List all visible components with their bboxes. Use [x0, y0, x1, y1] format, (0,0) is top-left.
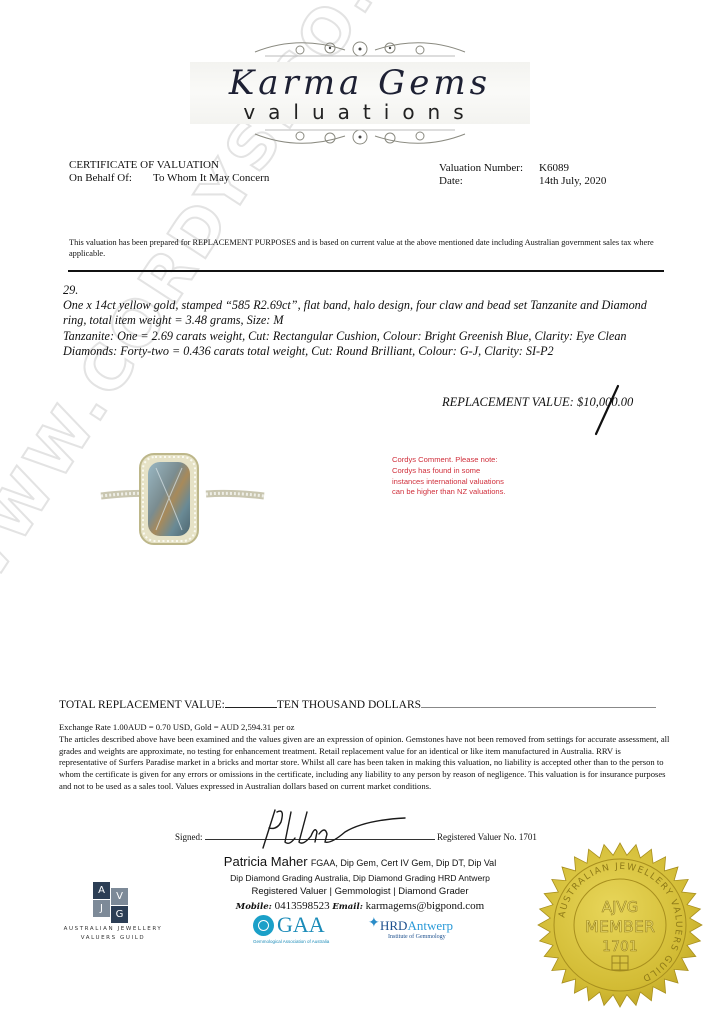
- item-number: 29.: [63, 283, 668, 298]
- on-behalf-value: To Whom It May Concern: [153, 172, 269, 184]
- on-behalf-label: On Behalf Of:: [69, 172, 153, 185]
- certificate-header-right: Valuation Number:K6089 Date:14th July, 2…: [439, 162, 606, 188]
- svg-text:MEMBER: MEMBER: [585, 917, 655, 936]
- svg-text:1701: 1701: [602, 939, 638, 955]
- email-label: Email:: [332, 902, 363, 912]
- ajvg-logo: A V J G AUSTRALIAN JEWELLERYVALUERS GUIL…: [58, 880, 168, 948]
- valuation-number-value: K6089: [539, 162, 569, 174]
- star-icon: ✦: [368, 915, 380, 932]
- total-label: TOTAL REPLACEMENT VALUE:: [59, 699, 225, 711]
- mobile-label: Mobile:: [236, 902, 272, 912]
- date-label: Date:: [439, 175, 539, 188]
- valuer-diplomas: Dip Diamond Grading Australia, Dip Diamo…: [200, 871, 520, 885]
- total-replacement-value: TOTAL REPLACEMENT VALUE:TEN THOUSAND DOL…: [59, 697, 669, 711]
- valuer-name: Patricia Maher: [224, 854, 308, 869]
- replacement-notice: This valuation has been prepared for REP…: [69, 237, 669, 259]
- diamond-details: Diamonds: Forty-two = 0.436 carats total…: [63, 344, 668, 359]
- gaa-diamond-icon: [253, 915, 274, 936]
- pen-slash-mark: [592, 384, 622, 436]
- valuer-qualifications: FGAA, Dip Gem, Cert IV Gem, Dip DT, Dip …: [311, 858, 496, 868]
- email-address[interactable]: karmagems@bigpond.com: [366, 900, 485, 912]
- exchange-rate: Exchange Rate 1.00AUD = 0.70 USD, Gold =…: [59, 722, 671, 734]
- divider: [68, 270, 664, 272]
- total-value: TEN THOUSAND DOLLARS: [277, 699, 421, 711]
- certificate-header-left: CERTIFICATE OF VALUATION On Behalf Of:To…: [69, 159, 269, 185]
- handwritten-signature: [255, 808, 415, 850]
- item-description: 29. One x 14ct yellow gold, stamped “585…: [63, 283, 668, 359]
- brand-name: Karma Gems: [190, 64, 530, 102]
- brand-subtitle: valuations: [190, 100, 530, 124]
- date-value: 14th July, 2020: [539, 175, 606, 187]
- cordys-comment: Cordys Comment. Please note: Cordys has …: [392, 455, 562, 498]
- disclaimer: Exchange Rate 1.00AUD = 0.70 USD, Gold =…: [59, 722, 671, 793]
- valuer-credentials: Patricia Maher FGAA, Dip Gem, Cert IV Ge…: [200, 854, 520, 914]
- item-main-description: One x 14ct yellow gold, stamped “585 R2.…: [63, 298, 668, 328]
- signed-label: Signed:: [175, 832, 203, 842]
- hrd-antwerp-logo: ✦ HRDAntwerp Institute of Gemmology: [368, 918, 468, 948]
- valuer-contact: Mobile: 0413598523 Email: karmagems@bigp…: [200, 899, 520, 914]
- mobile-number[interactable]: 0413598523: [275, 900, 330, 912]
- ajvg-member-seal: AUSTRALIAN JEWELLERY VALUERS GUILD AJVG …: [535, 840, 705, 1010]
- valuer-roles: Registered Valuer | Gemmologist | Diamon…: [200, 885, 520, 899]
- certificate-title: CERTIFICATE OF VALUATION: [69, 159, 269, 172]
- gaa-logo: GAA Gemmological Association of Australi…: [253, 914, 338, 948]
- disclaimer-body: The articles described above have been e…: [59, 734, 671, 793]
- registered-valuer-number: Registered Valuer No. 1701: [437, 832, 537, 842]
- flourish-top-icon: [235, 38, 485, 60]
- svg-text:AJVG: AJVG: [602, 898, 639, 916]
- company-logo: Karma Gems valuations: [190, 38, 530, 156]
- tanzanite-details: Tanzanite: One = 2.69 carats weight, Cut…: [63, 329, 668, 344]
- valuation-number-label: Valuation Number:: [439, 162, 539, 175]
- flourish-bottom-icon: [235, 126, 485, 148]
- ring-photo: [96, 448, 266, 553]
